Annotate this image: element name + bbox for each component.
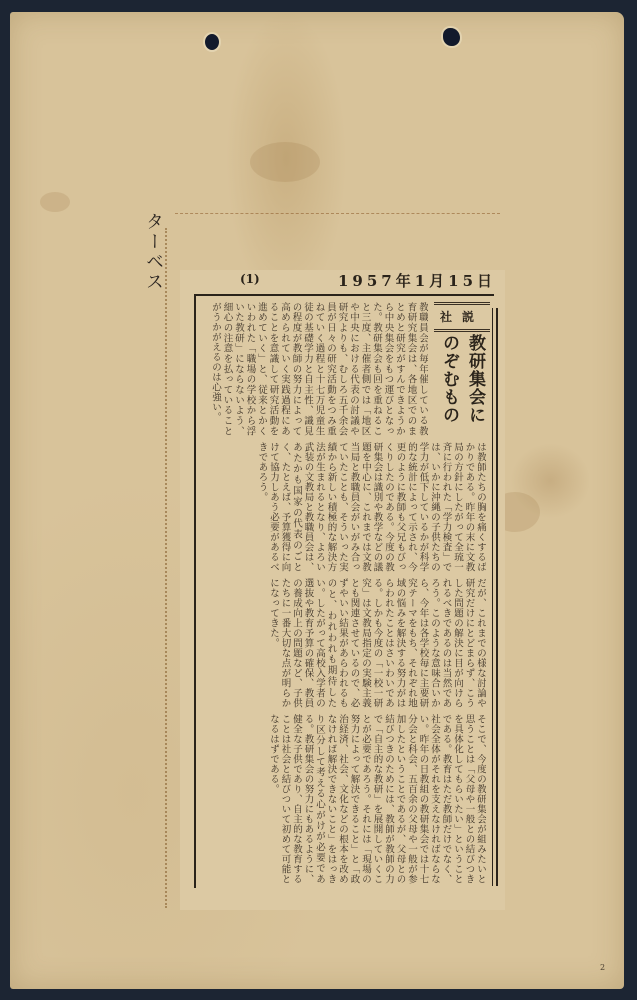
punch-hole [443,28,460,46]
clipping-header: (1) 1957年1月15日 [180,270,505,292]
column-rule [492,308,493,886]
article-text-block: 教職員会が毎年催している教育研究集会は、各地区でのまとめと研究がすんできようから… [210,302,428,436]
newspaper-clipping: (1) 1957年1月15日 社説 教研集会にのぞむもの 教職員会が毎年催してい… [180,270,505,910]
column-rule [496,308,498,886]
article-text-block: だが、これまでの様な討論や研究だけにとどまらず、こうした問題の解決に目が向けられ… [210,578,486,708]
corner-mark: 2 [600,963,605,972]
stain [250,142,320,182]
stain [40,192,70,212]
editorial-article: 社説 教研集会にのぞむもの 教職員会が毎年催している教育研究集会は、各地区でのま… [194,294,494,888]
punch-hole [205,34,219,50]
publication-date: 1957年1月15日 [338,270,496,291]
section-label: 社説 [434,302,490,332]
glue-edge [165,228,173,908]
headline: 教研集会にのぞむもの [434,334,488,424]
page-number: (1) [240,272,260,286]
handwritten-label: ターベス [142,212,166,292]
article-text-block: は教師たちの胸を痛くするばかりである。昨年の末に文教局の方針にしたがって全琉一斉… [210,442,486,572]
clipping-top-edge [175,213,500,214]
article-text-block: そこで、今度の教研集会が組みたいと思うことは「父母や一般との結びつきを具体化して… [210,714,486,884]
